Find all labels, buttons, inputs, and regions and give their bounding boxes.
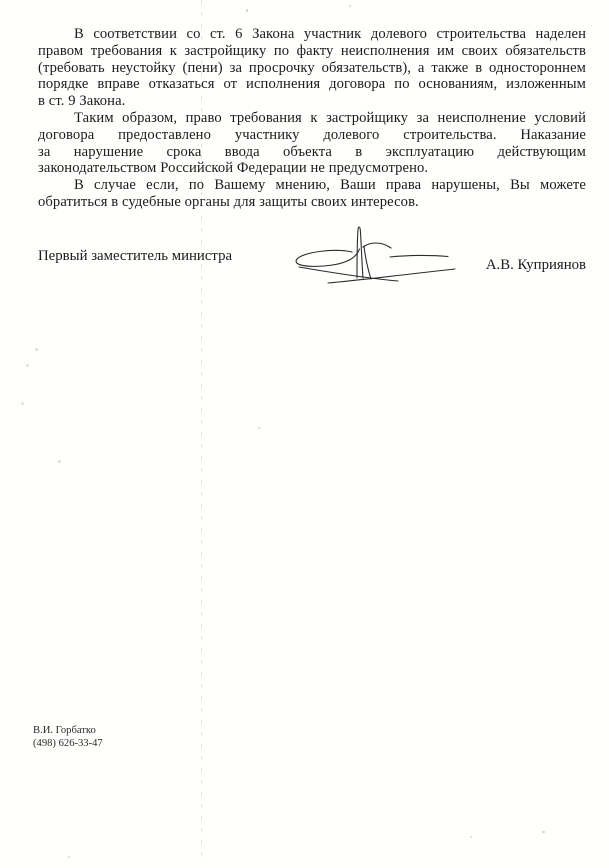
text-line: порядке вправе отказаться от исполнения … xyxy=(38,76,586,93)
scan-speck xyxy=(542,831,545,833)
scan-speck xyxy=(21,402,24,405)
scanned-letter-page: В соответствии со ст. 6 Закона участник … xyxy=(0,0,609,868)
text-line: (требовать неустойку (пени) за просрочку… xyxy=(38,60,586,77)
text-line: правом требования к застройщику по факту… xyxy=(38,43,586,60)
text-line: В соответствии со ст. 6 Закона участник … xyxy=(38,26,586,43)
text-line: в ст. 9 Закона. xyxy=(38,93,586,110)
text-line: договора предоставлено участнику долевог… xyxy=(38,127,586,144)
text-line: В случае если, по Вашему мнению, Ваши пр… xyxy=(38,177,586,194)
scan-speck xyxy=(26,364,29,367)
paragraph-3: В случае если, по Вашему мнению, Ваши пр… xyxy=(38,177,586,211)
scan-speck xyxy=(246,9,248,12)
signer-title: Первый заместитель министра xyxy=(38,248,232,265)
signer-name: А.В. Куприянов xyxy=(486,257,586,274)
scan-speck xyxy=(258,427,261,429)
executor-phone: (498) 626-33-47 xyxy=(33,737,103,750)
scan-speck xyxy=(470,836,472,838)
scan-speck xyxy=(68,856,70,858)
scan-speck xyxy=(35,348,38,351)
text-line: законодательством Российской Федерации н… xyxy=(38,160,586,177)
paragraph-2: Таким образом, право требования к застро… xyxy=(38,110,586,177)
text-line: обратиться в судебные органы для защиты … xyxy=(38,194,586,211)
text-line: за нарушение срока ввода объекта в экспл… xyxy=(38,144,586,161)
scan-speck xyxy=(58,460,61,463)
scan-speck xyxy=(349,5,351,7)
paragraph-1: В соответствии со ст. 6 Закона участник … xyxy=(38,26,586,110)
text-line: Таким образом, право требования к застро… xyxy=(38,110,586,127)
executor-contact: В.И. Горбатко (498) 626-33-47 xyxy=(33,724,103,750)
handwritten-signature-icon xyxy=(286,222,468,296)
executor-name: В.И. Горбатко xyxy=(33,724,103,737)
letter-body: В соответствии со ст. 6 Закона участник … xyxy=(38,26,586,211)
